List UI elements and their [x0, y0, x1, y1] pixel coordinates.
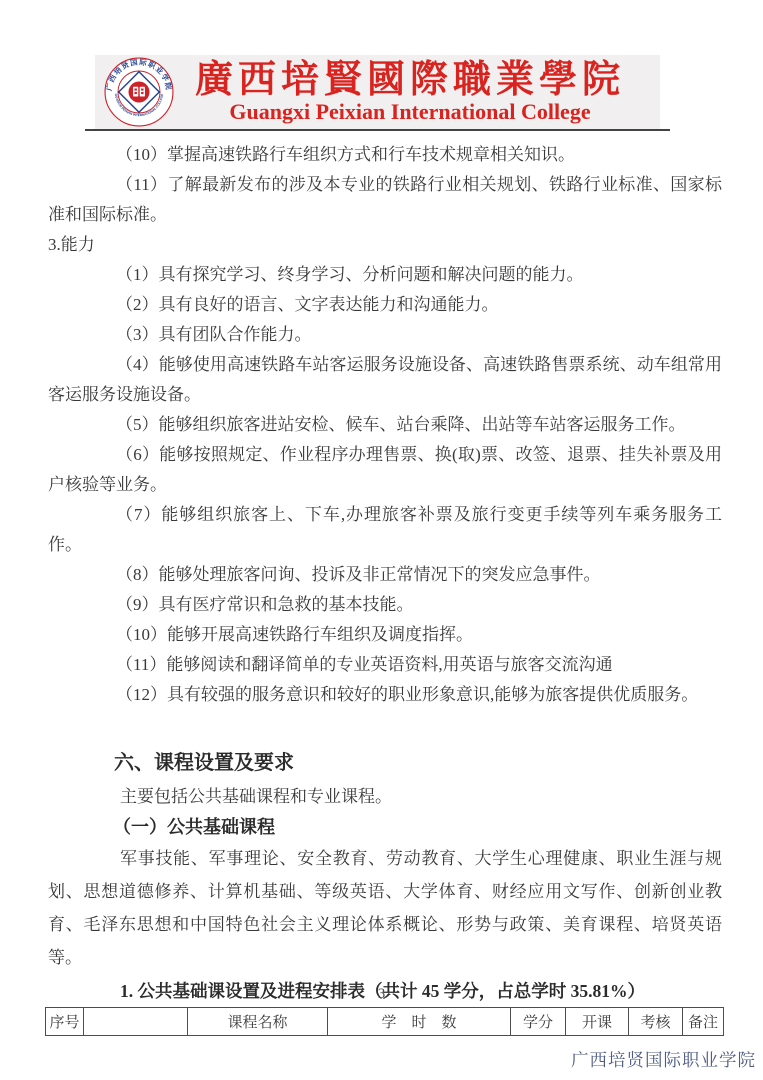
letterhead: 广西培贤国际职业学院 GUANGXI PEIXIAN INTERNATIONAL… [95, 55, 660, 129]
page-number: 3 [0, 986, 763, 1003]
ability-item: （1）具有探究学习、终身学习、分析问题和解决问题的能力。 [48, 260, 722, 290]
course-list-paragraph: 军事技能、军事理论、安全教育、劳动教育、大学生心理健康、职业生涯与规划、思想道德… [48, 842, 722, 974]
letterhead-box: 广西培贤国际职业学院 GUANGXI PEIXIAN INTERNATIONAL… [95, 55, 660, 129]
col-header-term: 开课 [566, 1008, 629, 1036]
ability-item: （11）能够阅读和翻译简单的专业英语资料,用英语与旅客交流沟通 [48, 650, 722, 680]
col-header-credits: 学分 [511, 1008, 566, 1036]
document-page: 广西培贤国际职业学院 GUANGXI PEIXIAN INTERNATIONAL… [0, 0, 763, 1080]
college-seal-logo: 广西培贤国际职业学院 GUANGXI PEIXIAN INTERNATIONAL… [104, 57, 174, 127]
ability-item: （8）能够处理旅客问询、投诉及非正常情况下的突发应急事件。 [48, 560, 722, 590]
ability-item: （5）能够组织旅客进站安检、候车、站台乘降、出站等车站客运服务工作。 [48, 410, 722, 440]
col-header-remarks: 备注 [683, 1008, 724, 1036]
section-intro: 主要包括公共基础课程和专业课程。 [48, 782, 722, 812]
section-heading-courses: 六、课程设置及要求 [48, 748, 722, 778]
college-name-en: Guangxi Peixian International College [174, 100, 646, 124]
col-header-hours: 学 时 数 [328, 1008, 511, 1036]
knowledge-item: （10）掌握高速铁路行车组织方式和行车技术规章相关知识。 [48, 140, 722, 170]
col-header-course-name: 课程名称 [188, 1008, 328, 1036]
ability-item: （9）具有医疗常识和急救的基本技能。 [48, 590, 722, 620]
col-header-category [84, 1008, 188, 1036]
course-schedule-table: 序号 课程名称 学 时 数 学分 开课 考核 备注 [45, 1007, 724, 1036]
col-header-index: 序号 [46, 1008, 84, 1036]
header-divider [85, 129, 670, 131]
subsection-heading-public-basic: （一）公共基础课程 [48, 812, 722, 842]
ability-heading: 3.能力 [48, 230, 722, 260]
document-body: （10）掌握高速铁路行车组织方式和行车技术规章相关知识。 （11）了解最新发布的… [48, 140, 722, 1036]
ability-item: （3）具有团队合作能力。 [48, 320, 722, 350]
footer-watermark: 广西培贤国际职业学院 [571, 1047, 756, 1072]
ability-item: （4）能够使用高速铁路车站客运服务设施设备、高速铁路售票系统、动车组常用客运服务… [48, 350, 722, 410]
letterhead-titles: 廣西培賢國際職業學院 Guangxi Peixian International… [174, 60, 660, 124]
college-name-zh: 廣西培賢國際職業學院 [174, 60, 646, 100]
ability-item: （6）能够按照规定、作业程序办理售票、换(取)票、改签、退票、挂失补票及用户核验… [48, 440, 722, 500]
col-header-assessment: 考核 [629, 1008, 683, 1036]
table-header-row: 序号 课程名称 学 时 数 学分 开课 考核 备注 [46, 1008, 724, 1036]
ability-item: （7）能够组织旅客上、下车,办理旅客补票及旅行变更手续等列车乘务服务工作。 [48, 500, 722, 560]
knowledge-item: （11）了解最新发布的涉及本专业的铁路行业相关规划、铁路行业标准、国家标准和国际… [48, 170, 722, 230]
ability-item: （10）能够开展高速铁路行车组织及调度指挥。 [48, 620, 722, 650]
seal-center-disc [129, 82, 150, 103]
ability-item: （12）具有较强的服务意识和较好的职业形象意识,能够为旅客提供优质服务。 [48, 680, 722, 710]
ability-item: （2）具有良好的语言、文字表达能力和沟通能力。 [48, 290, 722, 320]
